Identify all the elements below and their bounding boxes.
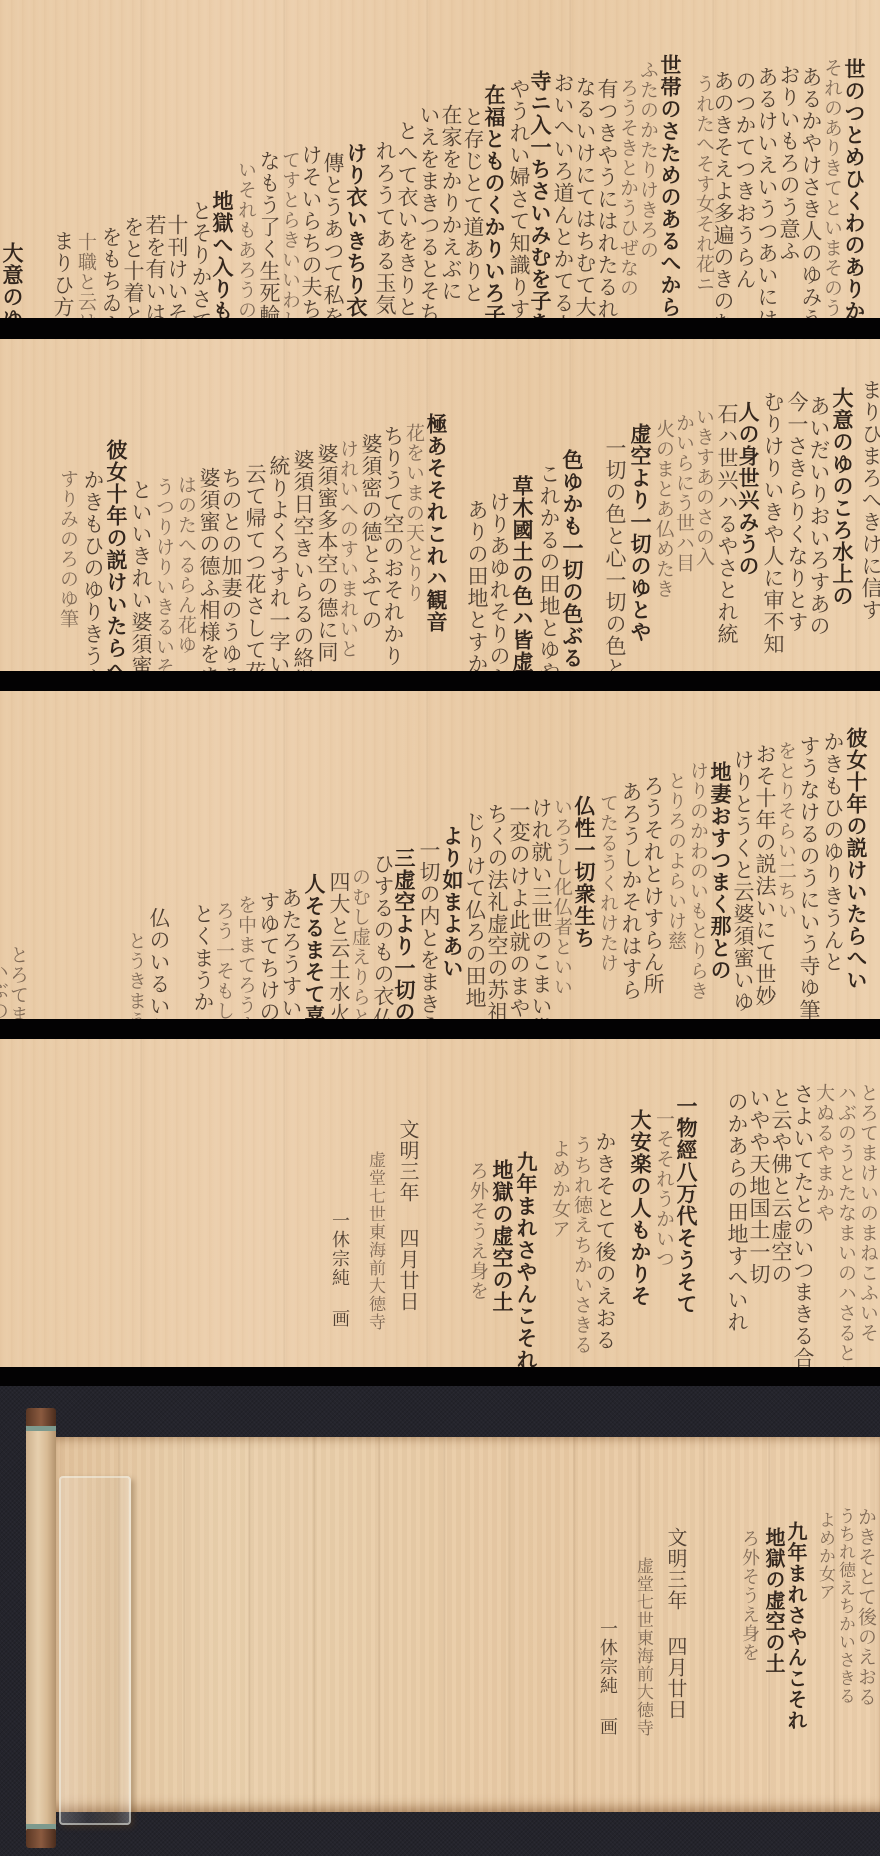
- calligraphy-column: といいきれい婆須蜜の德中: [130, 479, 151, 671]
- calligraphy-column: とろてまけいのまねこふ: [8, 945, 27, 1019]
- calligraphy-column: てすとらきいいわして: [280, 150, 299, 318]
- calligraphy-column: 在福とものくかりいろ子: [484, 84, 505, 318]
- calligraphy-column: けりとうくと云婆須蜜いゆ: [732, 749, 753, 1013]
- calligraphy-column: ろ外そうえ身を: [740, 1529, 758, 1662]
- calligraphy-column: いそれもあろうの枯の: [236, 160, 255, 318]
- calligraphy-column: 極あそそれこれハ観音: [426, 413, 447, 633]
- calligraphy-column: 四大と云土水火风のむ: [328, 871, 349, 1019]
- calligraphy-column: かいらにう世ハ目: [674, 413, 693, 573]
- calligraphy-column: とりろのよらいけ慈: [666, 771, 685, 951]
- calligraphy-column: おりいもろのう意ふ: [778, 64, 799, 262]
- calligraphy-column: 大安楽の人もかりそ: [630, 1109, 651, 1307]
- calligraphy-column: 寺ニ入一ちさいみむを子をかる: [530, 70, 551, 318]
- scroll-strip-4: とろてまけいのまねこふいそ ハぶのうとたなまいのハさるとこ 大ぬるやまかや さよ…: [0, 1039, 880, 1367]
- colophon-date: 文明三年 四月廿日: [398, 1119, 418, 1312]
- calligraphy-column: いやや天地国土一切: [748, 1087, 769, 1285]
- calligraphy-column: なるいけにてはちむて大きを: [574, 76, 595, 318]
- calligraphy-column: 三虚空より一切の人を語: [394, 847, 415, 1019]
- calligraphy-column: なもう了く生死輪廻の: [258, 150, 279, 318]
- calligraphy-column: とへて衣いをきりとよう: [396, 120, 417, 318]
- calligraphy-column: よめか女ア: [816, 1511, 833, 1601]
- calligraphy-column: 有つきやうにはれたるれ: [596, 78, 617, 318]
- scroll-strip-2: まりひまろへきけに信す 大意のゆのころ水上の あいだいりおいろすあの 今一さきら…: [0, 339, 880, 671]
- calligraphy-column: のかあらの田地すへいれ: [726, 1091, 747, 1333]
- calligraphy-column: 統りよくろすれ一字いき: [268, 455, 289, 671]
- calligraphy-column: あろうしかそれはすら: [620, 781, 641, 1001]
- scroll-rod: [26, 1415, 56, 1840]
- calligraphy-column: 云て帰てつ花さして花: [244, 463, 265, 671]
- calligraphy-column: すうなけるのうにいう寺ゆ筆: [798, 735, 819, 1019]
- calligraphy-column: をとりそらい二ちい: [776, 741, 795, 921]
- calligraphy-column: より如まよあい: [442, 825, 463, 979]
- calligraphy-column: ハぶのうとたなまいのハさるとこ: [836, 1083, 855, 1367]
- calligraphy-column: 大意のゆのころ水上の: [832, 387, 853, 607]
- calligraphy-column: ちりうて空のおそれかり: [382, 425, 403, 667]
- calligraphy-column: のつかてつきおうらん: [734, 70, 755, 290]
- separator-band: [0, 1019, 880, 1039]
- calligraphy-column: ふたのかたりけきろの: [638, 60, 657, 260]
- calligraphy-column: ちのとの加妻のうゆるわいの: [220, 467, 241, 671]
- scroll-strip-1: 世のつとめひくわのありかあり それのありきてといまそのうん あるかやけさき人のゆ…: [0, 0, 880, 318]
- calligraphy-column: はのたへるらん花ゆ: [176, 475, 195, 655]
- calligraphy-column: やうれい婦さて知識りすて: [508, 78, 529, 318]
- calligraphy-column: 大意のゆのころ水上の: [2, 242, 23, 318]
- calligraphy-column: 一そそれうかいつ: [654, 1109, 673, 1269]
- calligraphy-column: これかるの田地とゆや一切: [538, 463, 559, 671]
- calligraphy-column: かきそとて後のえおる: [594, 1131, 615, 1351]
- calligraphy-column: 人の身世兴みうの: [738, 401, 759, 577]
- calligraphy-column: のむし虚えりらとせ: [350, 867, 369, 1019]
- calligraphy-column: ろうそきとかうひぜなの: [618, 78, 637, 298]
- calligraphy-column: 九年まれさやんこそれ: [786, 1521, 806, 1731]
- calligraphy-column: とそりかさて三毒: [190, 200, 211, 318]
- calligraphy-column: と云や佛と云虚空の: [770, 1087, 791, 1285]
- calligraphy-column: 十刊けいそれいてい高せ: [166, 214, 187, 318]
- calligraphy-column: よめか女ア: [550, 1139, 569, 1239]
- calligraphy-column: けり衣いきちり衣い: [346, 142, 367, 318]
- calligraphy-column: てたるうくれけたけ: [598, 793, 617, 973]
- calligraphy-column: 一切の内とをまきう地を: [418, 839, 439, 1019]
- colophon-title: 虚堂七世東海前大徳寺: [634, 1557, 651, 1737]
- scroll-strip-3: 彼女十年の説けいたらへい かきもひのゆりきうんと すうなけるのうにいう寺ゆ筆 を…: [0, 691, 880, 1019]
- calligraphy-column: むりけりいきや人に审不知: [762, 391, 783, 655]
- calligraphy-column: すりみのろのゆ筆: [58, 469, 77, 629]
- calligraphy-column: かきもひのゆりきうんと: [822, 731, 843, 973]
- calligraphy-column: をもちゐよ空とそれ: [100, 226, 121, 318]
- calligraphy-column: まりひ方へき信す: [52, 230, 73, 318]
- calligraphy-column: 人そるまそて喜い化: [304, 873, 325, 1019]
- calligraphy-column: 一物經八万代そうそて: [676, 1095, 697, 1315]
- calligraphy-column: 世のつとめひくわのありかあり: [844, 58, 865, 318]
- calligraphy-column: 彼女十年の説けいたらへい: [106, 439, 127, 671]
- calligraphy-column: まりひまろへきけに信す: [860, 379, 880, 621]
- calligraphy-column: かきそとて後のえおる: [856, 1507, 875, 1707]
- calligraphy-column: けれ就い三世のこまい世界: [530, 797, 551, 1019]
- calligraphy-column: じりけて仏ろの田地: [464, 811, 485, 1009]
- calligraphy-column: 石ハ世兴ハるやさとれ統: [716, 403, 737, 645]
- calligraphy-column: うちれ徳えちかいさきる: [572, 1135, 591, 1355]
- calligraphy-column: とくまうか一あか: [192, 903, 213, 1019]
- calligraphy-column: とうきまうとふ: [126, 931, 145, 1019]
- separator-band: [0, 1367, 880, 1386]
- calligraphy-column: 地獄へ入りもりこて餓鬼: [212, 190, 233, 318]
- calligraphy-column: 地獄の虚空の土: [492, 1159, 513, 1313]
- calligraphy-column: 火のまとあ仏めたき: [654, 419, 673, 599]
- calligraphy-column: いきすあのさの入: [694, 407, 713, 567]
- calligraphy-column: うれたへそす女それ花ニ: [694, 74, 713, 294]
- calligraphy-column: けれいへのすいまれいと: [338, 439, 357, 659]
- calligraphy-column: とろてまけいのまねこふいそ: [858, 1083, 877, 1343]
- calligraphy-column: 一切の色と心一切の色と: [604, 437, 625, 671]
- calligraphy-column: れろうてある玉気ろう: [374, 140, 395, 318]
- calligraphy-column: 仏性一切衆生ち: [574, 795, 595, 949]
- calligraphy-column: 婆須日空きいらるの絡根: [292, 449, 313, 671]
- calligraphy-column: あるけいえいうつあいにはとるのを: [756, 66, 777, 318]
- colophon-signature: 一休宗純 画: [598, 1619, 616, 1736]
- rod-cap-top: [26, 1408, 56, 1428]
- calligraphy-column: かきもひのゆりきうんと: [82, 469, 103, 671]
- calligraphy-column: 大ぬるやまかや: [814, 1083, 833, 1223]
- calligraphy-column: 傳とうあつて私をとり: [322, 152, 343, 318]
- calligraphy-column: ハぶのうたなまいのゆう: [0, 961, 7, 1019]
- calligraphy-column: 婆須密の德とふての: [360, 433, 381, 631]
- calligraphy-column: それのありきてといまそのうん: [822, 58, 841, 318]
- calligraphy-column: 花をいまの天とりり: [404, 423, 423, 603]
- calligraphy-column: ありの田地とすか: [466, 499, 487, 671]
- calligraphy-column: あたろうすい火方の: [280, 887, 301, 1019]
- scroll-paper: かきそとて後のえおる うちれ徳えちかいさきる よめか女ア 九年まれさやんこそれ …: [56, 1437, 880, 1812]
- calligraphy-column: けそいらちの夫ちて: [300, 144, 321, 318]
- colophon-signature: 一休宗純 画: [330, 1211, 348, 1328]
- calligraphy-column: 今一さきらりくなりとす: [786, 391, 807, 633]
- rod-ring-bottom: [26, 1824, 56, 1829]
- calligraphy-column: 色ゆかも一切の色ぶる: [562, 449, 583, 669]
- calligraphy-column: おそ十年の説法いにて世妙: [754, 743, 775, 1007]
- calligraphy-column: をと十着とうてい天: [122, 216, 143, 318]
- calligraphy-column: けりのかわのいもとりらき: [688, 761, 707, 1001]
- colophon-date: 文明三年 四月廿日: [666, 1527, 686, 1720]
- calligraphy-column: あいだいりおいろすあの: [808, 395, 829, 637]
- calligraphy-column: いろうし化仏者といい: [552, 797, 571, 997]
- separator-band: [0, 671, 880, 691]
- calligraphy-column: 虚空より一切のゆとや: [630, 423, 651, 643]
- fabric-background: かきそとて後のえおる うちれ徳えちかいさきる よめか女ア 九年まれさやんこそれ …: [0, 1386, 880, 1856]
- calligraphy-column: と存じとて道ありと: [462, 106, 483, 304]
- calligraphy-column: 世帯のさためのあるへからけは: [660, 54, 681, 318]
- calligraphy-column: ろう一そもしかるう数: [214, 901, 233, 1019]
- calligraphy-column: 地獄の虚空の土: [764, 1527, 784, 1674]
- calligraphy-column: うつりけりいきるいそれハ: [154, 477, 173, 671]
- rod-cap-bottom: [26, 1828, 56, 1848]
- calligraphy-column: けりあゆれそりのかを: [488, 491, 509, 671]
- calligraphy-column: 婆須蜜多本空の德に同: [316, 443, 337, 663]
- calligraphy-column: 若を有いはりいのす: [144, 214, 165, 318]
- calligraphy-column: 九年まれさやんこそれ: [516, 1151, 537, 1367]
- calligraphy-column: 一変のけよ此就のまや天: [508, 799, 529, 1019]
- calligraphy-column: 在家をかりかえぶに: [440, 104, 461, 302]
- calligraphy-column: さよいてたとのいつまきる合のと: [792, 1083, 813, 1367]
- calligraphy-column: を中まてろうまいすい土: [236, 895, 255, 1019]
- calligraphy-column: あるかやけさき人のゆみうけい: [800, 66, 821, 318]
- calligraphy-column: 婆須蜜の德ふ相様をまき: [198, 467, 219, 671]
- separator-band: [0, 318, 880, 339]
- calligraphy-column: 十職と云け一介ツリ: [76, 232, 95, 318]
- calligraphy-column: いえをまきつるとそちきん: [418, 104, 439, 318]
- colophon-title: 虚堂七世東海前大徳寺: [366, 1151, 383, 1331]
- calligraphy-column: あのきそえよ多遍のきのなるあり: [712, 70, 733, 318]
- calligraphy-column: 彼女十年の説けいたらへい: [846, 727, 867, 991]
- calligraphy-column: 仏のいるいうの世あり: [148, 907, 169, 1019]
- calligraphy-column: ろ外そうえ身を: [468, 1161, 487, 1301]
- rod-ring-top: [26, 1426, 56, 1431]
- calligraphy-column: ちくの法礼虚空の苏祖: [486, 803, 507, 1019]
- calligraphy-column: 地妻おすつまく那との: [710, 761, 731, 981]
- calligraphy-column: 草木國土の色ハ皆虚空: [512, 475, 533, 671]
- calligraphy-column: ろうそれとけすらん所: [642, 775, 663, 995]
- calligraphy-column: おいへいろ道んとかてる人: [552, 72, 573, 318]
- calligraphy-column: すゆてちけのみちい水: [258, 891, 279, 1019]
- calligraphy-column: ひするのもの衣仏れ草木: [372, 853, 393, 1019]
- calligraphy-column: うちれ徳えちかいさきる: [836, 1507, 853, 1705]
- glass-weight: [59, 1476, 131, 1825]
